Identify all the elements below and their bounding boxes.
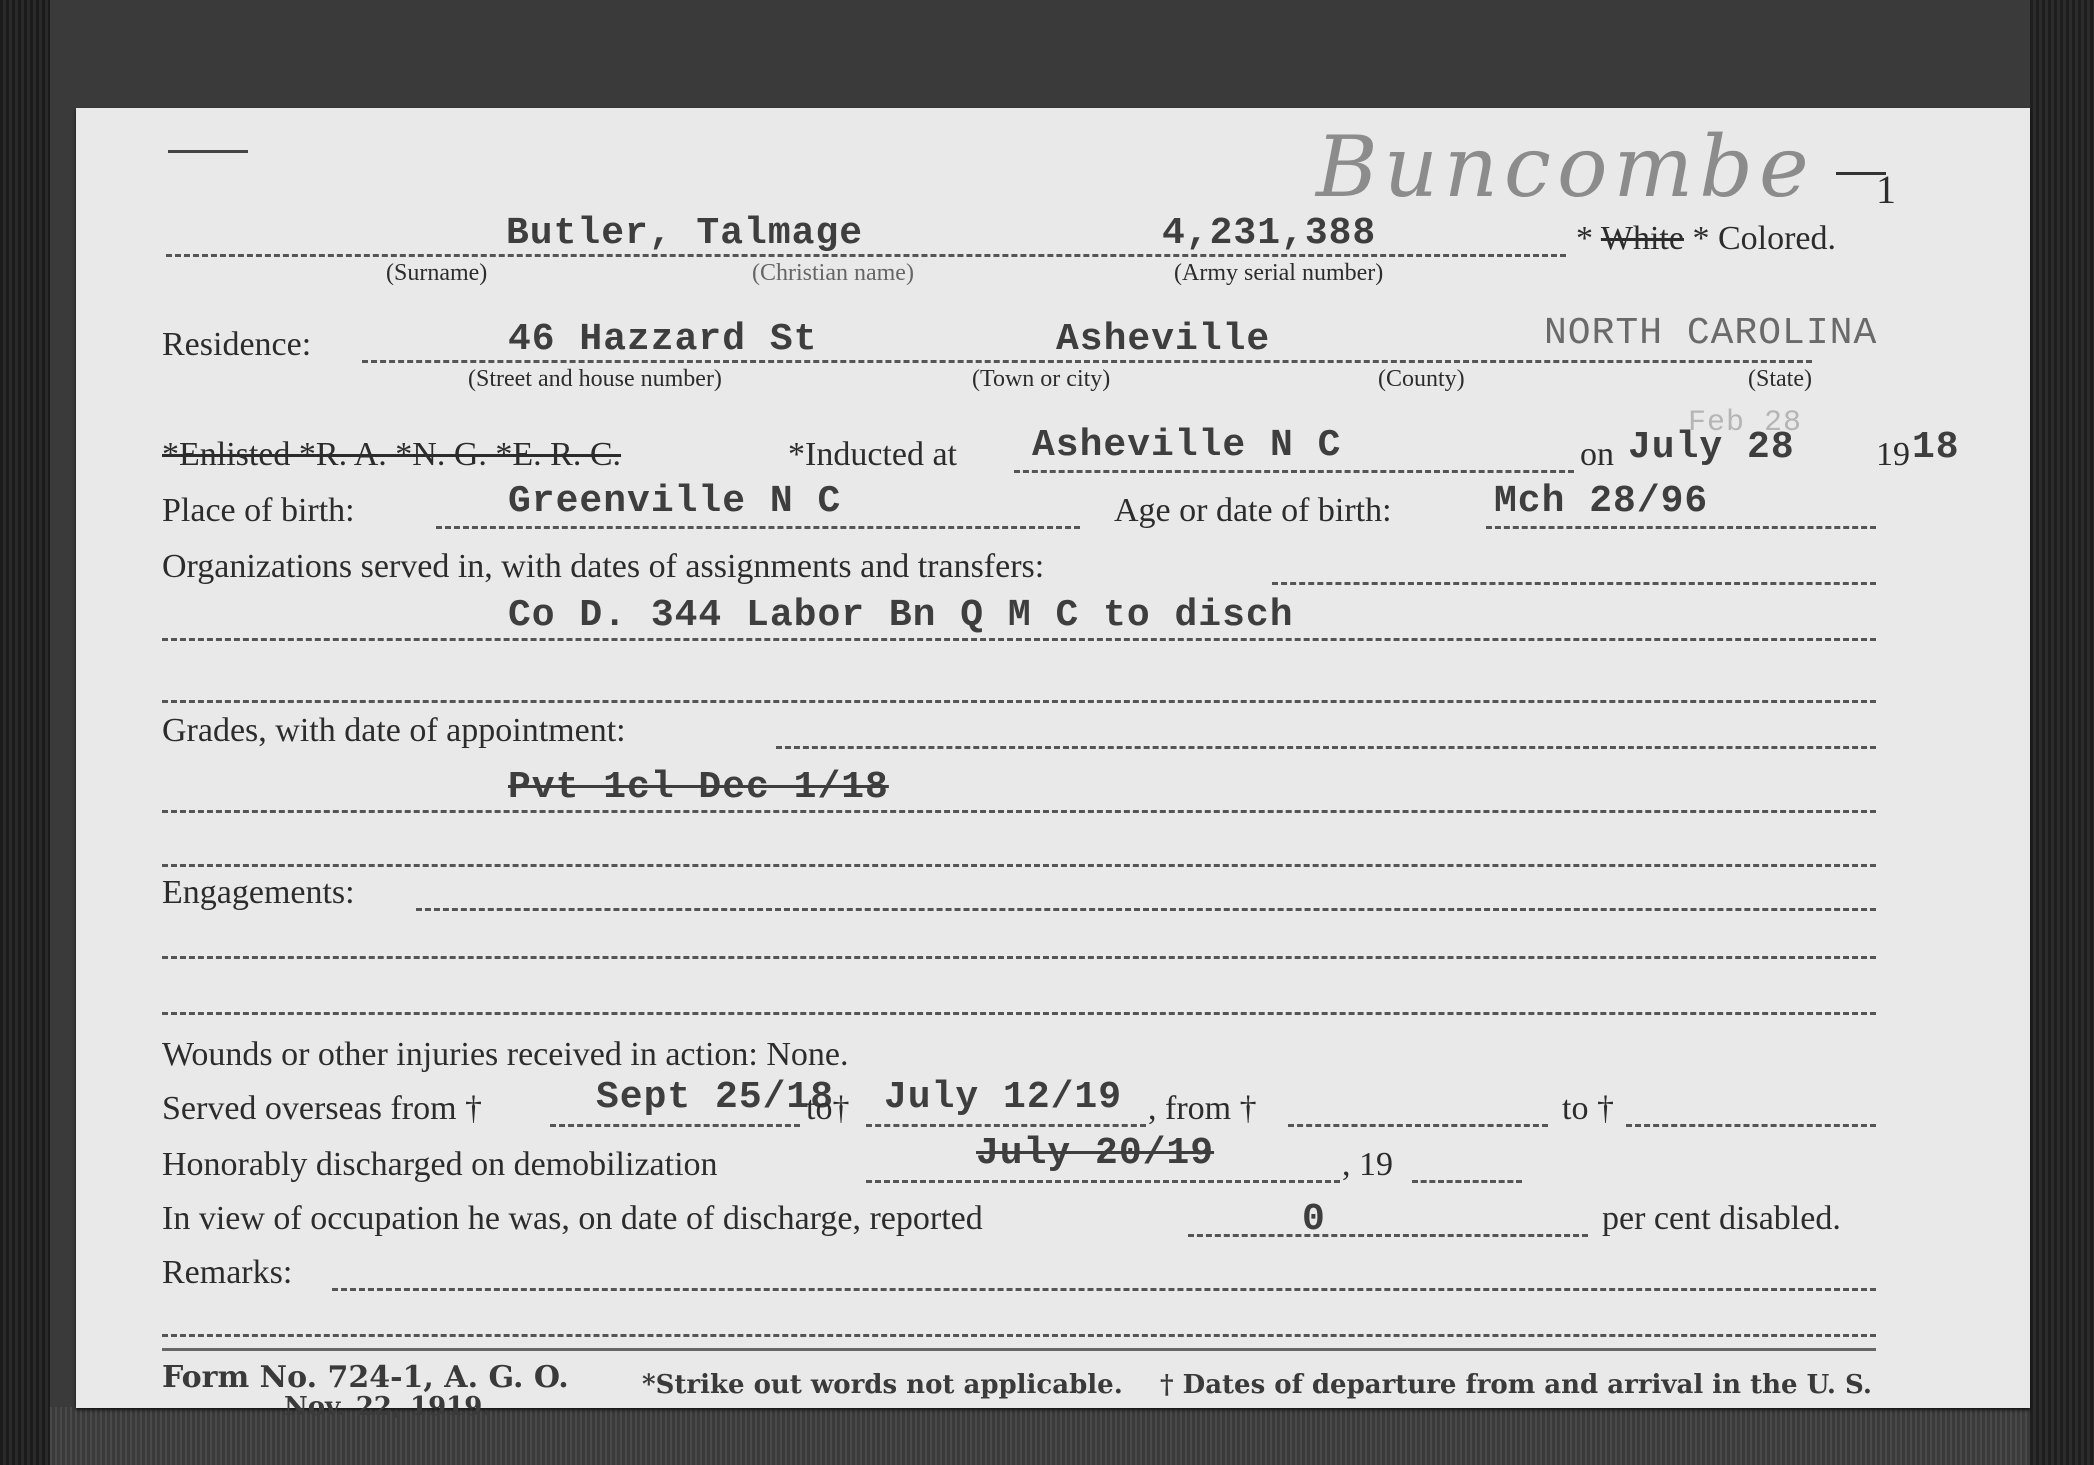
race-options: * White * Colored. — [1576, 220, 1836, 258]
organizations-line-1 — [162, 638, 1876, 641]
form-number: Form No. 724-1, A. G. O. — [162, 1360, 569, 1395]
surname-christian-name: Butler, Talmage — [506, 212, 863, 255]
residence-state: NORTH CAROLINA — [1544, 312, 1877, 355]
year-line — [1412, 1180, 1522, 1183]
second-to-line — [1626, 1124, 1876, 1127]
place-of-birth-label: Place of birth: — [162, 492, 355, 530]
second-from-line — [1288, 1124, 1548, 1127]
county-label: (County) — [1378, 366, 1465, 393]
on-label: on — [1580, 436, 1614, 474]
grades-line-1 — [162, 810, 1876, 813]
strike-out-note: *Strike out words not applicable. — [642, 1370, 1123, 1400]
christian-name-label: (Christian name) — [752, 260, 914, 287]
place-of-birth: Greenville N C — [508, 480, 841, 523]
county-handwritten: Buncombe — [1316, 118, 1815, 216]
residence-street: 46 Hazzard St — [508, 318, 817, 361]
second-to-label: to † — [1562, 1090, 1614, 1128]
service-record-card: Buncombe 1 Butler, Talmage 4,231,388 * W… — [76, 108, 2030, 1408]
organizations-line-2 — [162, 700, 1876, 703]
grades-line-0 — [776, 746, 1876, 749]
army-serial-number: 4,231,388 — [1162, 212, 1376, 255]
overseas-from-date: Sept 25/18 — [596, 1076, 834, 1119]
remarks-label: Remarks: — [162, 1254, 292, 1292]
in-view-label: In view of occupation he was, on date of… — [162, 1200, 983, 1238]
background-fabric-right — [2030, 0, 2094, 1465]
second-from-label: , from † — [1148, 1090, 1257, 1128]
percent-disabled: 0 — [1302, 1198, 1326, 1241]
grade-entry-struck: Pvt 1cl Dec 1/18 — [508, 766, 889, 809]
footer-rule — [162, 1348, 1876, 1351]
corner-dash — [168, 150, 248, 153]
date-of-birth: Mch 28/96 — [1494, 480, 1708, 523]
discharge-date: July 20/19 — [976, 1132, 1214, 1175]
residence-town: Asheville — [1056, 318, 1270, 361]
grades-line-2 — [162, 864, 1876, 867]
inducted-place: Asheville N C — [1032, 424, 1341, 467]
engagements-label: Engagements: — [162, 874, 355, 912]
engagements-line-2 — [162, 1012, 1876, 1015]
overseas-from-line — [550, 1124, 800, 1127]
inducted-at-label: *Inducted at — [788, 436, 957, 474]
place-of-birth-line — [436, 526, 1080, 529]
comma-19-label: , 19 — [1342, 1146, 1393, 1184]
enlisted-options-struck: *Enlisted *R. A. *N. G. *E. R. C. — [162, 436, 621, 474]
inducted-line — [1014, 470, 1574, 473]
percent-line — [1188, 1234, 1588, 1237]
race-white-struck: White — [1601, 220, 1684, 257]
inducted-year: 18 — [1912, 426, 1960, 469]
overseas-to-date: July 12/19 — [884, 1076, 1122, 1119]
honorably-discharged-label: Honorably discharged on demobilization — [162, 1146, 718, 1184]
wounds-label: Wounds or other injuries received in act… — [162, 1036, 849, 1074]
state-label: (State) — [1748, 366, 1812, 393]
residence-label: Residence: — [162, 326, 311, 364]
served-overseas-label: Served overseas from † — [162, 1090, 482, 1128]
organization-entry: Co D. 344 Labor Bn Q M C to disch — [508, 594, 1294, 637]
grades-label: Grades, with date of appointment: — [162, 712, 626, 750]
per-cent-label: per cent disabled. — [1602, 1200, 1841, 1238]
form-date: Nov. 22, 1919. — [284, 1392, 491, 1422]
organizations-line-0 — [1272, 582, 1876, 585]
race-colored: Colored. — [1718, 220, 1836, 257]
town-label: (Town or city) — [972, 366, 1110, 393]
age-dob-label: Age or date of birth: — [1114, 492, 1392, 530]
card-number: 1 — [1876, 166, 1896, 213]
street-label: (Street and house number) — [468, 366, 722, 393]
organizations-label: Organizations served in, with dates of a… — [162, 548, 1044, 586]
background-fabric-left — [0, 0, 50, 1465]
dates-note: † Dates of departure from and arrival in… — [1160, 1370, 1872, 1400]
engagements-line-0 — [416, 908, 1876, 911]
year-prefix: 19 — [1876, 436, 1910, 474]
overseas-to-label: to† — [806, 1090, 849, 1128]
remarks-line-1 — [162, 1334, 1876, 1337]
army-serial-label: (Army serial number) — [1174, 260, 1383, 287]
surname-label: (Surname) — [386, 260, 487, 287]
remarks-line-0 — [332, 1288, 1876, 1291]
inducted-date: July 28 — [1628, 426, 1795, 469]
dob-line — [1486, 526, 1876, 529]
overseas-to-line — [866, 1124, 1146, 1127]
engagements-line-1 — [162, 956, 1876, 959]
discharge-line — [866, 1180, 1340, 1183]
